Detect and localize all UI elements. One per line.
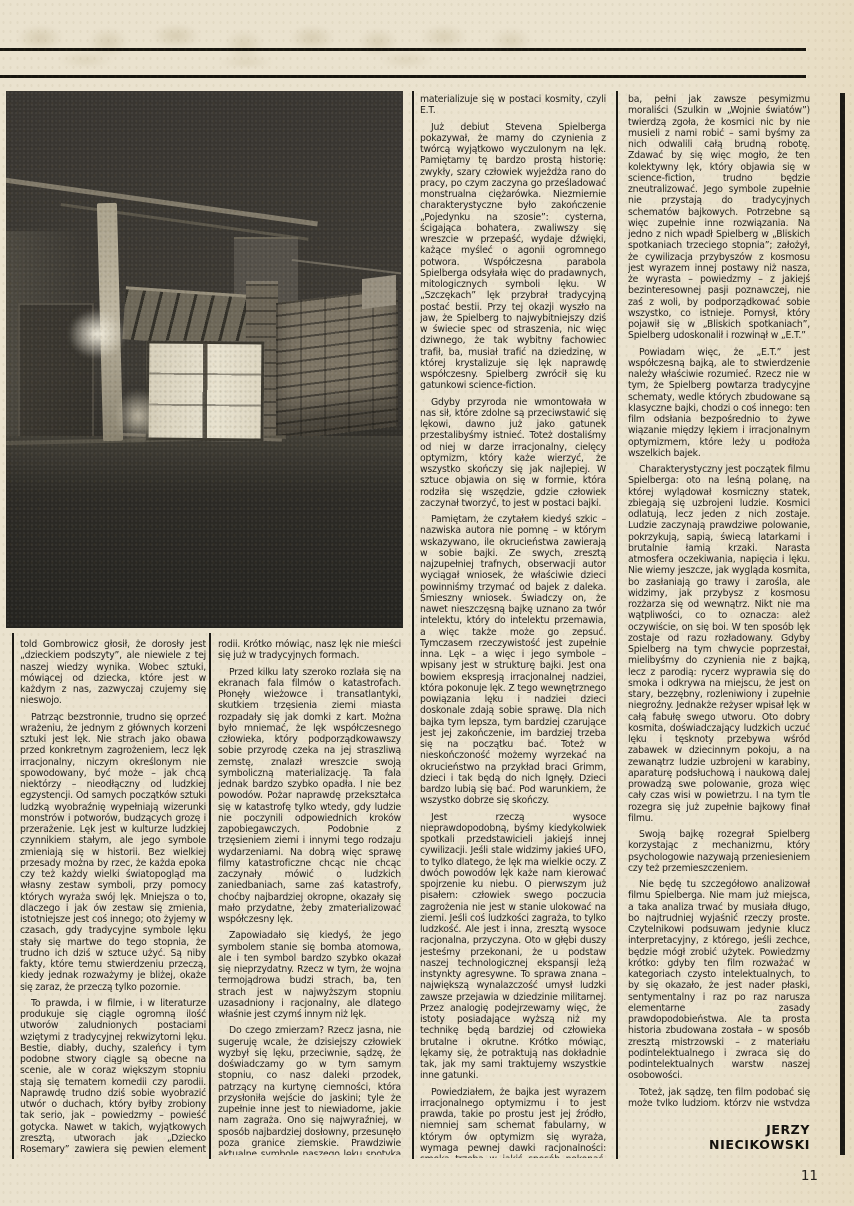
article-paragraph: Pamiętam, że czytałem kiedyś szkic – naz… (420, 514, 606, 807)
column-rule-1-2 (209, 633, 211, 1159)
article-paragraph: Powiedziałem, że bajka jest wyrazem irra… (420, 1087, 606, 1159)
article-paragraph: Zapowiadało się kiedyś, że jego symbolem… (218, 930, 401, 1020)
article-paragraph: Przed kilku laty szeroko rozlała się na … (218, 667, 401, 926)
article-paragraph: Gdyby przyroda nie wmontowała w nas sił,… (420, 397, 606, 510)
photo-night-house (6, 91, 403, 628)
article-paragraph: Powiadam więc, że „E.T.” jest współczesn… (628, 347, 810, 460)
magazine-page: told Gombrowicz głosił, że dorosły jest … (0, 0, 854, 1206)
article-paragraph: ba, pełni jak zawsze pesymizmu moraliści… (628, 94, 810, 342)
text-column-2: rodii. Krótko mówiąc, nasz lęk nie mieśc… (218, 639, 401, 1155)
column-rule-2-3 (412, 91, 414, 1159)
article-paragraph: Nie będę tu szczegółowo analizował filmu… (628, 879, 810, 1082)
article-paragraph: rodii. Krótko mówiąc, nasz lęk nie mieśc… (218, 639, 401, 662)
article-paragraph: Charakterystyczny jest początek filmu Sp… (628, 464, 810, 824)
text-column-3: materializuje się w postaci kosmity, czy… (420, 94, 606, 1158)
page-number: 11 (786, 1168, 818, 1184)
byline-last-name: NIECIKOWSKI (628, 1137, 810, 1152)
header-rule-top (0, 48, 806, 51)
column-rule-left (12, 633, 14, 1159)
article-paragraph: Jest rzeczą wysoce nieprawdopodobną, byś… (420, 812, 606, 1082)
column-rule-3-4 (616, 91, 618, 1159)
article-paragraph: Toteż, jak sądzę, ten film podobać się m… (628, 1087, 810, 1107)
article-paragraph: materializuje się w postaci kosmity, czy… (420, 94, 606, 117)
article-paragraph: told Gombrowicz głosił, że dorosły jest … (20, 639, 206, 707)
byline: JERZY NIECIKOWSKI (628, 1122, 810, 1152)
ghost-print-band (6, 12, 551, 68)
header-rule-bottom (0, 75, 806, 78)
article-paragraph: Do czego zmierzam? Rzecz jasna, nie suge… (218, 1025, 401, 1155)
column-rule-right-thick (840, 93, 845, 1155)
text-column-4: ba, pełni jak zawsze pesymizmu moraliści… (628, 94, 810, 1106)
article-paragraph: To prawda, i w filmie, i w literaturze p… (20, 998, 206, 1155)
article-paragraph: Już debiut Stevena Spielberga pokazywał,… (420, 122, 606, 392)
article-paragraph: Swoją bajkę rozegrał Spielberg korzystaj… (628, 829, 810, 874)
photo-grain-texture (6, 91, 403, 628)
byline-first-name: JERZY (628, 1122, 810, 1137)
text-column-1: told Gombrowicz głosił, że dorosły jest … (20, 639, 206, 1155)
article-paragraph: Patrząc bezstronnie, trudno się oprzeć w… (20, 712, 206, 993)
